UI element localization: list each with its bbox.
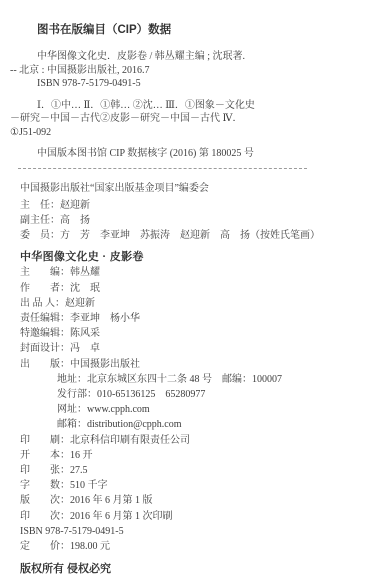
row-word-count: 字 数：510 千字	[20, 478, 375, 493]
row-chief-editor: 主 编：韩丛耀	[20, 265, 375, 280]
row-producer: 出 品 人：赵迎新	[20, 296, 375, 311]
row-price: 定 价：198.00 元	[20, 539, 375, 554]
committee-title: 中国摄影出版社“国家出版基金项目”编委会	[20, 181, 375, 196]
cip-classification-line: －研究－中国－古代②皮影－研究－中国－古代 Ⅳ．	[10, 112, 375, 126]
dashed-divider	[18, 168, 307, 169]
row-isbn: ISBN 978-7-5179-0491-5	[20, 524, 375, 539]
row-edition: 版 次：2016 年 6 月第 1 版	[20, 493, 375, 508]
book-colophon: 中华图像文化史 · 皮影卷 主 编：韩丛耀 作 者：沈 珉 出 品 人：赵迎新 …	[20, 250, 375, 554]
cip-heading: 图书在版编目（CIP）数据	[37, 23, 375, 38]
cip-classification: Ⅰ．①中… Ⅱ．①韩… ②沈… Ⅲ．①图象－文化史 －研究－中国－古代②皮影－研…	[10, 99, 375, 140]
row-publisher: 出 版：中国摄影出版社	[20, 357, 375, 372]
committee-block: 中国摄影出版社“国家出版基金项目”编委会 主 任：赵迎新 副主任：高 扬 委 员…	[20, 181, 375, 244]
cip-classification-line: Ⅰ．①中… Ⅱ．①韩… ②沈… Ⅲ．①图象－文化史	[37, 99, 375, 113]
cip-description-line: 中华图像文化史．皮影卷 / 韩丛耀主编 ; 沈珉著.	[37, 50, 375, 64]
row-members: 委 员：方 芳 李亚坤 苏振涛 赵迎新 高 扬（按姓氏笔画）	[20, 228, 375, 243]
row-distribution-phone: 发行部：010-65136125 65280977	[57, 387, 375, 402]
row-cover-design: 封面设计：冯 卓	[20, 341, 375, 356]
cip-block: 图书在版编目（CIP）数据 中华图像文化史．皮影卷 / 韩丛耀主编 ; 沈珉著.…	[10, 23, 375, 161]
row-printed-sheets: 印 张：27.5	[20, 463, 375, 478]
row-address: 地址：北京东城区东四十二条 48 号 邮编：100007	[57, 372, 375, 387]
cip-isbn-line: ISBN 978-7-5179-0491-5	[37, 77, 375, 91]
cip-record-number: 中国版本图书馆 CIP 数据核字 (2016) 第 180025 号	[37, 147, 375, 161]
row-deputy-director: 副主任：高 扬	[20, 213, 375, 228]
row-author: 作 者：沈 珉	[20, 281, 375, 296]
book-title: 中华图像文化史 · 皮影卷	[20, 250, 375, 265]
cip-classification-line: ①J51-092	[10, 126, 375, 140]
row-special-editor: 特邀编辑：陈风采	[20, 326, 375, 341]
row-email: 邮箱：distribution@cpph.com	[57, 417, 375, 432]
row-director: 主 任：赵迎新	[20, 198, 375, 213]
cip-description: 中华图像文化史．皮影卷 / 韩丛耀主编 ; 沈珉著. -- 北京 : 中国摄影出…	[10, 50, 375, 91]
cip-description-line: -- 北京 : 中国摄影出版社, 2016.7	[10, 64, 375, 78]
colophon-page: 图书在版编目（CIP）数据 中华图像文化史．皮影卷 / 韩丛耀主编 ; 沈珉著.…	[0, 0, 375, 586]
row-website: 网址：www.cpph.com	[57, 402, 375, 417]
row-printer: 印 刷：北京科信印刷有限责任公司	[20, 433, 375, 448]
row-format: 开 本：16 开	[20, 448, 375, 463]
copyright-notice: 版权所有 侵权必究	[20, 562, 375, 577]
row-impression: 印 次：2016 年 6 月第 1 次印刷	[20, 509, 375, 524]
row-responsible-editor: 责任编辑：李亚坤 杨小华	[20, 311, 375, 326]
